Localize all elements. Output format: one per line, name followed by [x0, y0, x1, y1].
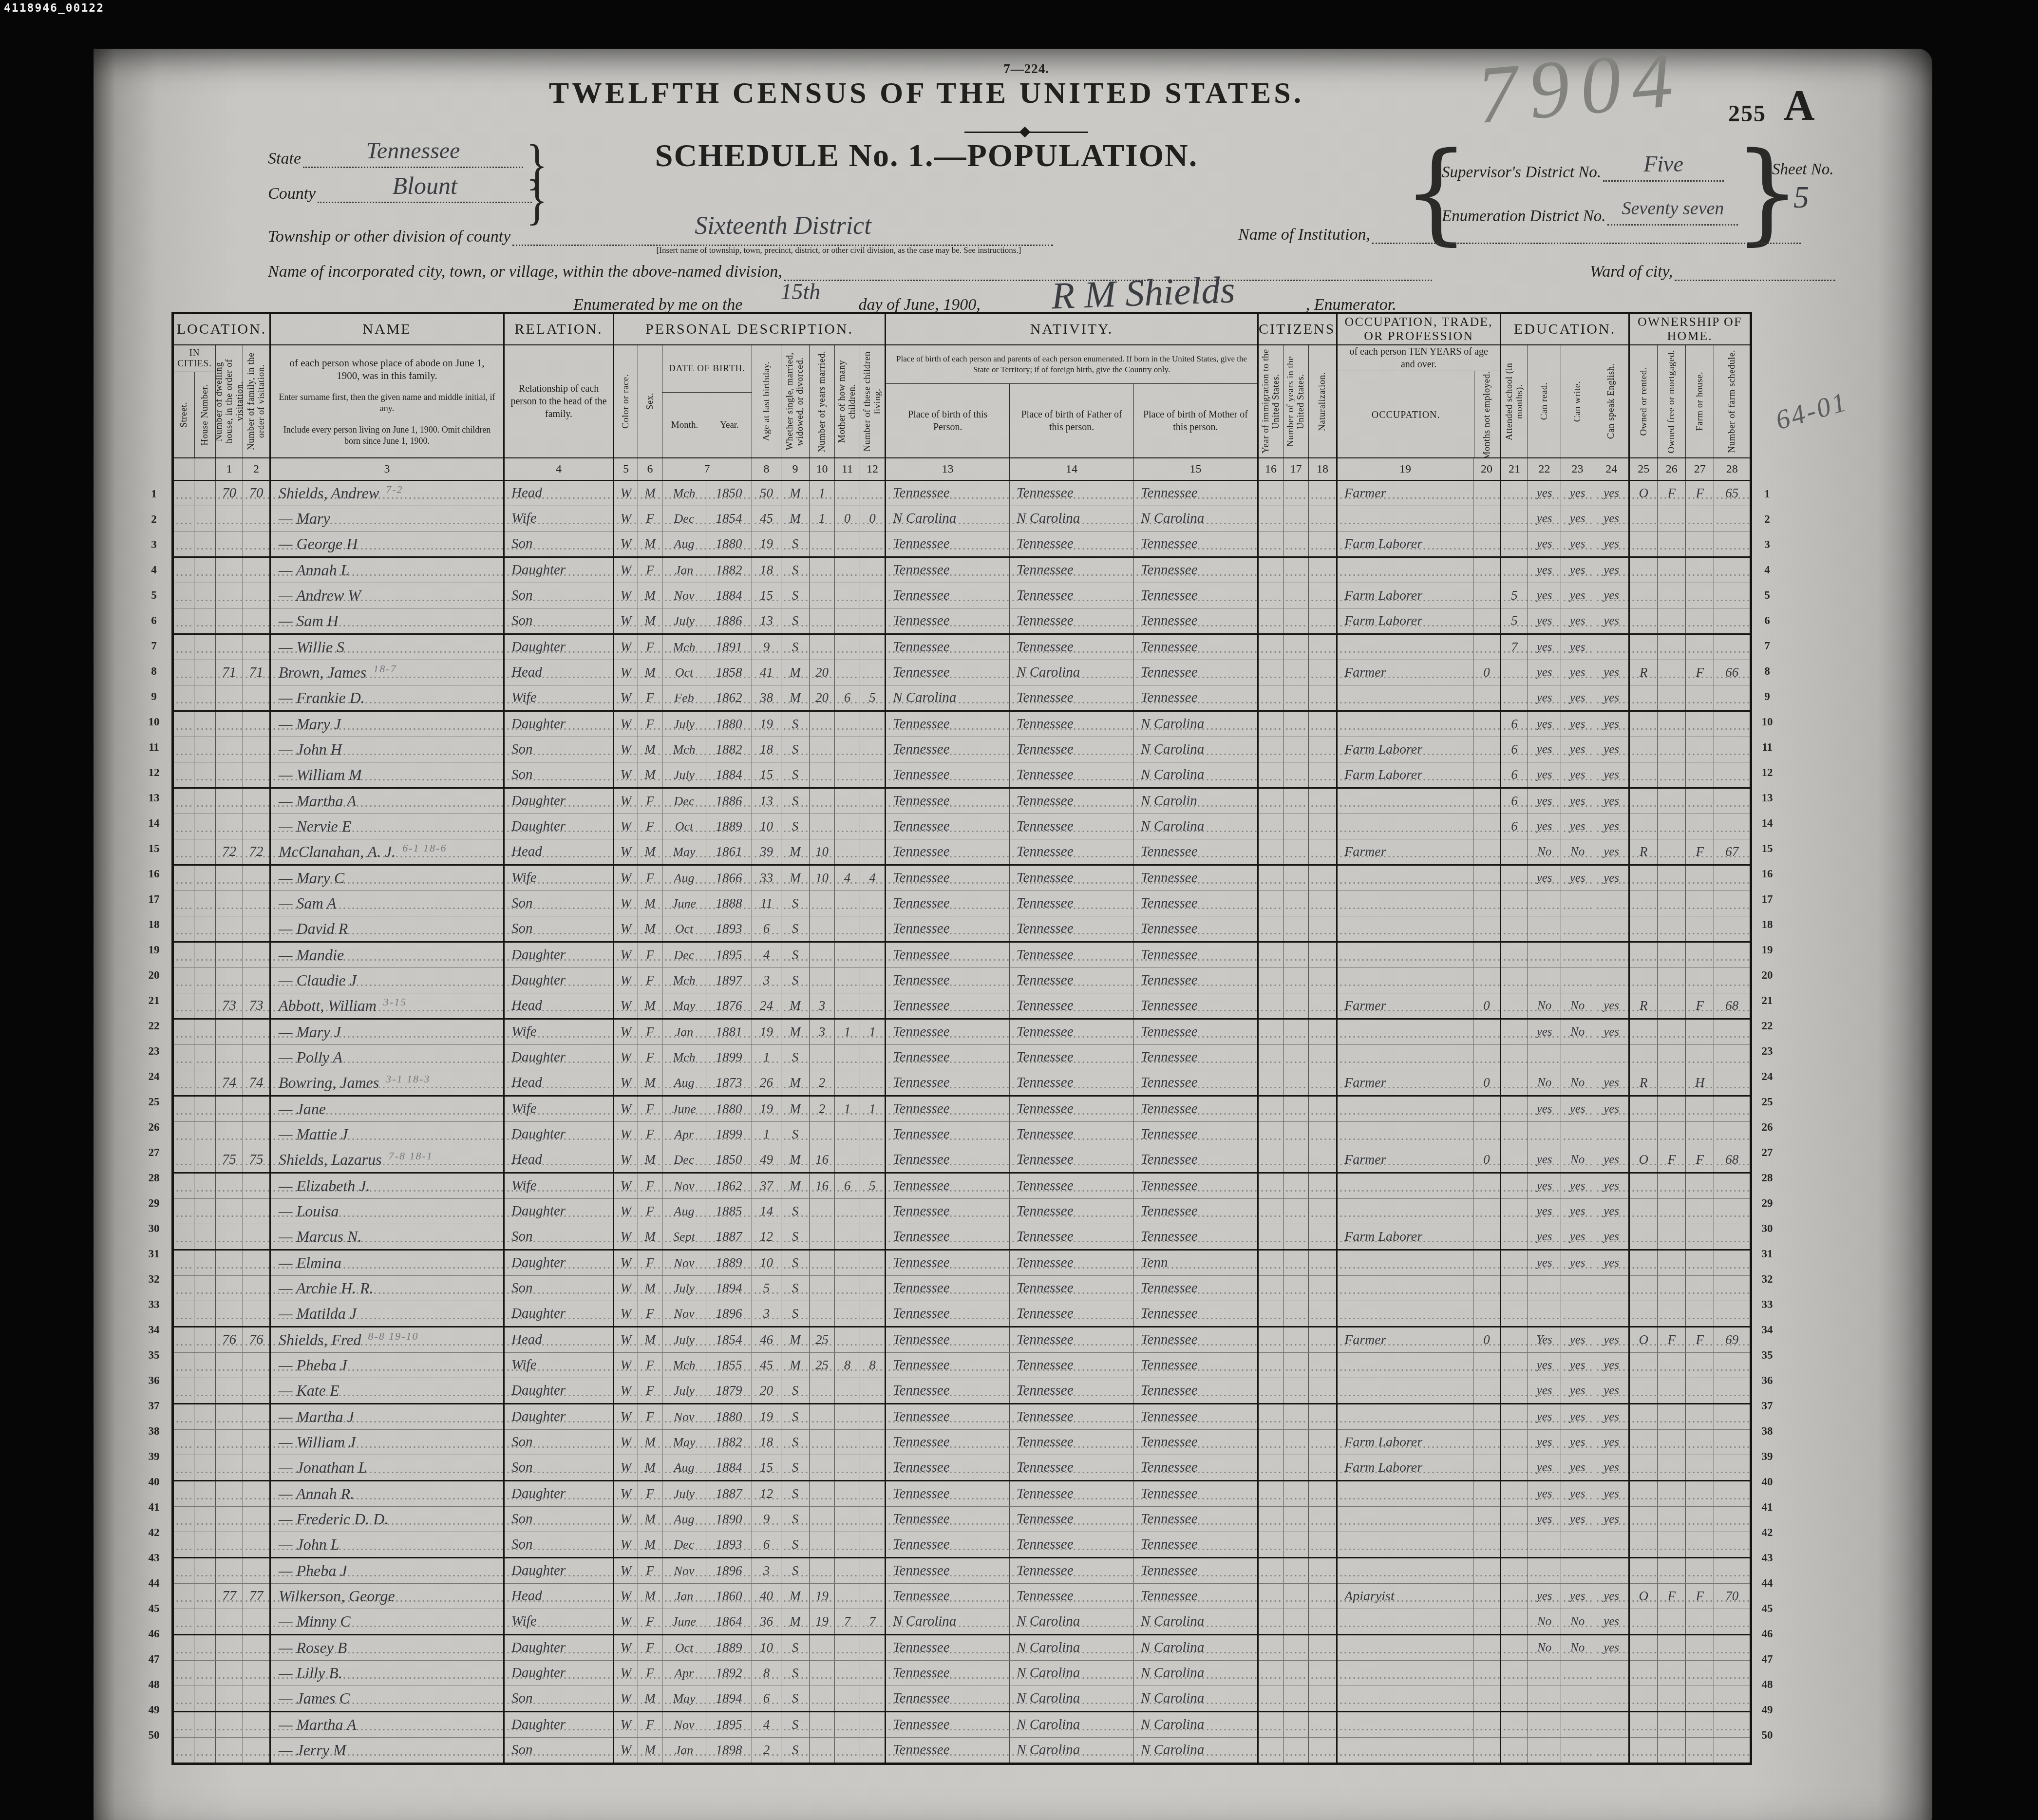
institution-blank: [1372, 222, 1801, 244]
cell-yr: 1898: [706, 1738, 752, 1764]
cell-ow: [1629, 711, 1658, 737]
person-name: — Mattie J: [279, 1125, 348, 1143]
cell-mo: Nov: [662, 1712, 706, 1738]
cell-pb: Tennessee: [886, 660, 1010, 685]
cell-yr: 1850: [706, 1147, 752, 1173]
cell-yu: [1283, 1609, 1309, 1635]
cell-sc: [1501, 1070, 1528, 1096]
cell-ym: 1: [810, 506, 835, 531]
cell-mo: Nov: [662, 1173, 706, 1199]
cell-d: [216, 634, 243, 660]
cell-nm: — Minny C: [270, 1609, 504, 1635]
cell-yr: 1894: [706, 1276, 752, 1301]
farm-house-header: Farm or house.: [1686, 345, 1714, 458]
cell-ow: R: [1629, 839, 1658, 865]
cell-pf: Tennessee: [1010, 480, 1134, 506]
colnum-24: 24: [1594, 458, 1629, 480]
occupation-desc: of each person TEN YEARS of age and over…: [1338, 345, 1500, 371]
cell-sc: [1501, 1045, 1528, 1070]
cell-rl: Daughter: [504, 1199, 614, 1224]
cell-yr: 1884: [706, 1455, 752, 1481]
ward-row: Ward of city,: [1590, 259, 1835, 281]
cell-oc: [1337, 1096, 1473, 1122]
cell-na: [1309, 531, 1337, 557]
cell-fs: [1714, 685, 1751, 711]
cell-fm: [1658, 583, 1686, 608]
cell-oc: [1337, 865, 1473, 891]
cell-fh: F: [1686, 993, 1714, 1019]
cell-mn: [1473, 1173, 1501, 1199]
cell-fs: [1714, 1481, 1751, 1507]
cell-yr: 1886: [706, 608, 752, 634]
cell-wr: [1561, 1712, 1594, 1738]
cell-ag: 18: [752, 557, 781, 583]
cell-oc: [1337, 685, 1473, 711]
person-name: — Jonathan L: [279, 1459, 367, 1476]
cell-f: [243, 685, 270, 711]
cell-ow: [1629, 1686, 1658, 1712]
cell-mo: Dec: [662, 1532, 706, 1558]
person-row: — Pheba JWifeWFMch185545M2588TennesseeTe…: [173, 1353, 1751, 1378]
cell-ym: [810, 891, 835, 916]
cell-f: [243, 634, 270, 660]
cell-na: [1309, 865, 1337, 891]
person-row: 7777Wilkerson, GeorgeHeadWMJan186040M19T…: [173, 1584, 1751, 1609]
line-number: 34: [142, 1317, 166, 1343]
cell-im: [1258, 1661, 1283, 1686]
cell-rd: [1528, 1558, 1561, 1584]
cell-st: [173, 1199, 194, 1224]
cell-pf: Tennessee: [1010, 711, 1134, 737]
cell-oc: [1337, 711, 1473, 737]
cell-d: [216, 968, 243, 993]
cell-f: [243, 1455, 270, 1481]
cell-na: [1309, 1455, 1337, 1481]
immigration-header: Year of immigration to the United States…: [1258, 345, 1283, 458]
cell-nm: — Martha A: [270, 1712, 504, 1738]
cell-ag: 10: [752, 1635, 781, 1661]
cell-ym: [810, 1661, 835, 1686]
cell-oc: [1337, 1507, 1473, 1532]
cell-na: [1309, 1481, 1337, 1507]
cell-ym: 1: [810, 480, 835, 506]
cell-sc: [1501, 865, 1528, 891]
cell-ma: S: [781, 891, 810, 916]
cell-ho: [194, 1738, 216, 1764]
cell-fh: [1686, 762, 1714, 788]
cell-ma: S: [781, 814, 810, 839]
cell-lv: [860, 1455, 886, 1481]
cell-d: [216, 1532, 243, 1558]
cell-na: [1309, 1507, 1337, 1532]
cell-fm: [1658, 1507, 1686, 1532]
cell-oc: [1337, 916, 1473, 942]
cell-rd: yes: [1528, 583, 1561, 608]
cell-lv: [860, 788, 886, 814]
cell-ym: [810, 583, 835, 608]
name-header: of each person whose place of abode on J…: [270, 345, 504, 458]
cell-na: [1309, 1019, 1337, 1045]
cell-ow: O: [1629, 480, 1658, 506]
cell-oc: Farmer: [1337, 1070, 1473, 1096]
cell-sc: [1501, 1173, 1528, 1199]
years-us-header: Number of years in the United States.: [1283, 345, 1309, 458]
cell-mo: Mch: [662, 1353, 706, 1378]
cell-oc: [1337, 1353, 1473, 1378]
cell-rl: Son: [504, 1430, 614, 1455]
mother-of-header: Mother of how many children.: [835, 345, 860, 458]
person-name: — Martha J: [279, 1408, 354, 1425]
cell-lv: [860, 762, 886, 788]
cell-rl: Son: [504, 1276, 614, 1301]
cell-mn: [1473, 865, 1501, 891]
group-citizenship: CITIZENSHIP.: [1258, 313, 1337, 345]
cell-ow: [1629, 531, 1658, 557]
cell-fm: [1658, 1738, 1686, 1764]
cell-pb: Tennessee: [886, 737, 1010, 762]
cell-pm: Tennessee: [1134, 1404, 1258, 1430]
free-mortgaged-header: Owned free or mortgaged.: [1658, 345, 1686, 458]
cell-co: W: [614, 993, 638, 1019]
person-name: — James C: [279, 1689, 350, 1707]
cell-ag: 10: [752, 1250, 781, 1276]
cell-oc: [1337, 506, 1473, 531]
line-number: 50: [1755, 1723, 1779, 1748]
name-annotation: 18-7: [373, 663, 396, 675]
cell-rl: Daughter: [504, 1712, 614, 1738]
colnum-25: 25: [1629, 458, 1658, 480]
cell-ym: [810, 1635, 835, 1661]
cell-fm: [1658, 1430, 1686, 1455]
cell-st: [173, 1147, 194, 1173]
cell-sc: [1501, 1584, 1528, 1609]
cell-sx: M: [638, 608, 662, 634]
cell-fm: [1658, 711, 1686, 737]
cell-pm: Tennessee: [1134, 993, 1258, 1019]
cell-wr: yes: [1561, 1096, 1594, 1122]
cell-yu: [1283, 1045, 1309, 1070]
handwritten-stamp: 7904: [1473, 31, 1687, 143]
cell-sx: M: [638, 1224, 662, 1250]
cell-lv: [860, 993, 886, 1019]
cell-fs: [1714, 1507, 1751, 1532]
cell-ag: 6: [752, 1686, 781, 1712]
cell-rd: Yes: [1528, 1327, 1561, 1353]
line-number: 28: [142, 1165, 166, 1191]
cell-rd: No: [1528, 993, 1561, 1019]
cell-yu: [1283, 1404, 1309, 1430]
cell-fm: [1658, 839, 1686, 865]
cell-ym: 19: [810, 1584, 835, 1609]
cell-pm: N Carolina: [1134, 1712, 1258, 1738]
cell-mo: Nov: [662, 1558, 706, 1584]
cell-ym: [810, 1738, 835, 1764]
cell-mb: [835, 1481, 860, 1507]
cell-wr: yes: [1561, 480, 1594, 506]
line-number: 13: [142, 785, 166, 811]
cell-st: [173, 1430, 194, 1455]
cell-ym: [810, 737, 835, 762]
cell-pb: Tennessee: [886, 531, 1010, 557]
cell-sx: F: [638, 1661, 662, 1686]
cell-mo: Dec: [662, 942, 706, 968]
cell-d: [216, 1430, 243, 1455]
cell-fm: [1658, 916, 1686, 942]
cell-ma: M: [781, 660, 810, 685]
cell-pf: Tennessee: [1010, 891, 1134, 916]
cell-pf: Tennessee: [1010, 531, 1134, 557]
cell-pm: Tennessee: [1134, 1045, 1258, 1070]
cell-ho: [194, 762, 216, 788]
cell-ma: M: [781, 1173, 810, 1199]
person-row: 7373Abbott, William3-15HeadWMMay187624M3…: [173, 993, 1751, 1019]
cell-wr: yes: [1561, 660, 1594, 685]
cell-mn: [1473, 814, 1501, 839]
cell-co: W: [614, 1301, 638, 1327]
line-number: 44: [1755, 1571, 1779, 1596]
cell-sx: F: [638, 814, 662, 839]
person-row: — Mary JDaughterWFJuly188019STennesseeTe…: [173, 711, 1751, 737]
cell-ho: [194, 1558, 216, 1584]
cell-mb: [835, 608, 860, 634]
cell-oc: [1337, 1609, 1473, 1635]
cell-yu: [1283, 1147, 1309, 1173]
line-number: 9: [1755, 684, 1779, 709]
cell-pm: Tennessee: [1134, 1122, 1258, 1147]
cell-pb: Tennessee: [886, 1301, 1010, 1327]
colnum-28: 28: [1714, 458, 1751, 480]
cell-fs: [1714, 1378, 1751, 1404]
cell-na: [1309, 711, 1337, 737]
cell-ag: 38: [752, 685, 781, 711]
line-number: 32: [1755, 1267, 1779, 1292]
cell-st: [173, 1738, 194, 1764]
group-location: LOCATION.: [173, 313, 270, 345]
cell-en: [1594, 891, 1629, 916]
cell-pm: Tennessee: [1134, 891, 1258, 916]
cell-ma: M: [781, 1327, 810, 1353]
line-number: 1: [1755, 481, 1779, 507]
cell-ma: S: [781, 1507, 810, 1532]
cell-im: [1258, 1250, 1283, 1276]
person-name: — Mary C: [279, 869, 344, 887]
dwelling-header: Number of dwelling house, in the order o…: [216, 345, 243, 458]
cell-ag: 12: [752, 1481, 781, 1507]
cell-fh: [1686, 1199, 1714, 1224]
cell-mb: 4: [835, 865, 860, 891]
cell-im: [1258, 865, 1283, 891]
cell-ho: [194, 1224, 216, 1250]
cell-nm: — Frederic D. D.: [270, 1507, 504, 1532]
cell-oc: Farmer: [1337, 993, 1473, 1019]
cell-yu: [1283, 1455, 1309, 1481]
cell-f: [243, 968, 270, 993]
cell-st: [173, 1301, 194, 1327]
cell-ow: [1629, 1096, 1658, 1122]
cell-fm: [1658, 762, 1686, 788]
cell-f: [243, 1635, 270, 1661]
line-number: 8: [1755, 659, 1779, 684]
cell-sc: [1501, 1353, 1528, 1378]
cell-mo: Aug: [662, 1455, 706, 1481]
cell-pb: Tennessee: [886, 1712, 1010, 1738]
cell-rd: yes: [1528, 1353, 1561, 1378]
cell-lv: [860, 1301, 886, 1327]
line-number: 30: [142, 1216, 166, 1241]
cell-pf: Tennessee: [1010, 814, 1134, 839]
cell-sx: F: [638, 968, 662, 993]
cell-im: [1258, 711, 1283, 737]
cell-fh: [1686, 814, 1714, 839]
cell-fh: [1686, 1661, 1714, 1686]
person-name: Shields, Fred: [279, 1331, 361, 1348]
cell-f: 76: [243, 1327, 270, 1353]
cell-pm: Tennessee: [1134, 1224, 1258, 1250]
state-blank: Tennessee: [303, 144, 523, 168]
cell-pm: N Carolina: [1134, 711, 1258, 737]
cell-ag: 4: [752, 942, 781, 968]
cell-d: [216, 1558, 243, 1584]
cell-fm: [1658, 608, 1686, 634]
line-number: 48: [1755, 1672, 1779, 1697]
cell-mn: [1473, 634, 1501, 660]
cell-fs: [1714, 762, 1751, 788]
cell-pb: Tennessee: [886, 916, 1010, 942]
cell-ag: 6: [752, 1532, 781, 1558]
cell-lv: [860, 1147, 886, 1173]
cell-ow: [1629, 634, 1658, 660]
cell-sx: M: [638, 1070, 662, 1096]
cell-fs: [1714, 891, 1751, 916]
cell-yu: [1283, 1430, 1309, 1455]
cell-rd: yes: [1528, 814, 1561, 839]
cell-yu: [1283, 1224, 1309, 1250]
cell-na: [1309, 1070, 1337, 1096]
cell-mn: [1473, 1122, 1501, 1147]
cell-mb: [835, 660, 860, 685]
cell-st: [173, 762, 194, 788]
line-number: 38: [1755, 1419, 1779, 1444]
cell-pf: Tennessee: [1010, 762, 1134, 788]
cell-mn: [1473, 1019, 1501, 1045]
cell-co: W: [614, 506, 638, 531]
person-row: — ElminaDaughterWFNov188910STennesseeTen…: [173, 1250, 1751, 1276]
cell-pb: Tennessee: [886, 1507, 1010, 1532]
cell-oc: Farm Laborer: [1337, 762, 1473, 788]
cell-ma: S: [781, 1276, 810, 1301]
cell-oc: [1337, 942, 1473, 968]
cell-fm: [1658, 1532, 1686, 1558]
cell-nm: — Martha J: [270, 1404, 504, 1430]
cell-mo: Mch: [662, 480, 706, 506]
cell-ho: [194, 583, 216, 608]
cell-ho: [194, 1712, 216, 1738]
cell-ma: M: [781, 1353, 810, 1378]
cell-ag: 26: [752, 1070, 781, 1096]
cell-nm: — Matilda J: [270, 1301, 504, 1327]
page-number: 255: [1716, 100, 1779, 127]
cell-pm: N Carolina: [1134, 814, 1258, 839]
cell-rl: Daughter: [504, 968, 614, 993]
enumerator-signature: R M Shields: [1051, 267, 1236, 318]
cell-fh: [1686, 711, 1714, 737]
cell-mo: Jan: [662, 1584, 706, 1609]
cell-pb: Tennessee: [886, 608, 1010, 634]
cell-fm: [1658, 1173, 1686, 1199]
cell-en: yes: [1594, 1635, 1629, 1661]
cell-en: yes: [1594, 660, 1629, 685]
cell-st: [173, 839, 194, 865]
cell-im: [1258, 685, 1283, 711]
cell-yr: 1854: [706, 1327, 752, 1353]
cell-wr: No: [1561, 1070, 1594, 1096]
cell-co: W: [614, 1712, 638, 1738]
cell-wr: yes: [1561, 1224, 1594, 1250]
cell-ym: 16: [810, 1173, 835, 1199]
cell-lv: [860, 480, 886, 506]
person-row: — Matilda JDaughterWFNov18963STennesseeT…: [173, 1301, 1751, 1327]
can-write-header: Can write.: [1561, 345, 1594, 458]
cell-co: W: [614, 788, 638, 814]
cell-ho: [194, 685, 216, 711]
cell-sx: F: [638, 1353, 662, 1378]
cell-fs: [1714, 1738, 1751, 1764]
cell-mb: [835, 1378, 860, 1404]
person-name: — Polly A: [279, 1048, 342, 1066]
cell-pb: Tennessee: [886, 1481, 1010, 1507]
cell-en: yes: [1594, 1224, 1629, 1250]
cell-ow: [1629, 1661, 1658, 1686]
cell-oc: [1337, 1404, 1473, 1430]
cell-oc: [1337, 1635, 1473, 1661]
cell-pm: Tennessee: [1134, 1455, 1258, 1481]
cell-mb: [835, 1686, 860, 1712]
cell-fh: [1686, 506, 1714, 531]
cell-yr: 1880: [706, 711, 752, 737]
cell-ag: 36: [752, 1609, 781, 1635]
cell-lv: [860, 634, 886, 660]
cell-ym: [810, 1712, 835, 1738]
cell-sx: F: [638, 1712, 662, 1738]
line-number: 11: [1755, 735, 1779, 760]
cell-mb: [835, 1070, 860, 1096]
cell-st: [173, 660, 194, 685]
cell-ag: 3: [752, 1301, 781, 1327]
cell-ho: [194, 1301, 216, 1327]
cell-lv: [860, 1378, 886, 1404]
cell-fs: [1714, 608, 1751, 634]
cell-rd: yes: [1528, 506, 1561, 531]
cell-yr: 1885: [706, 1199, 752, 1224]
line-number: 49: [142, 1697, 166, 1723]
cell-st: [173, 788, 194, 814]
colnum-16: 16: [1258, 458, 1283, 480]
cell-f: [243, 1122, 270, 1147]
group-nativity: NATIVITY.: [886, 313, 1258, 345]
cell-f: [243, 814, 270, 839]
cell-ag: 19: [752, 711, 781, 737]
cell-fh: [1686, 1455, 1714, 1481]
cell-lv: [860, 1661, 886, 1686]
cell-co: W: [614, 865, 638, 891]
census-title: TWELFTH CENSUS OF THE UNITED STATES.: [498, 76, 1355, 111]
cell-ym: [810, 762, 835, 788]
cell-im: [1258, 1507, 1283, 1532]
cell-d: [216, 737, 243, 762]
cell-nm: — George H: [270, 531, 504, 557]
cell-sc: 6: [1501, 762, 1528, 788]
cell-rd: [1528, 891, 1561, 916]
